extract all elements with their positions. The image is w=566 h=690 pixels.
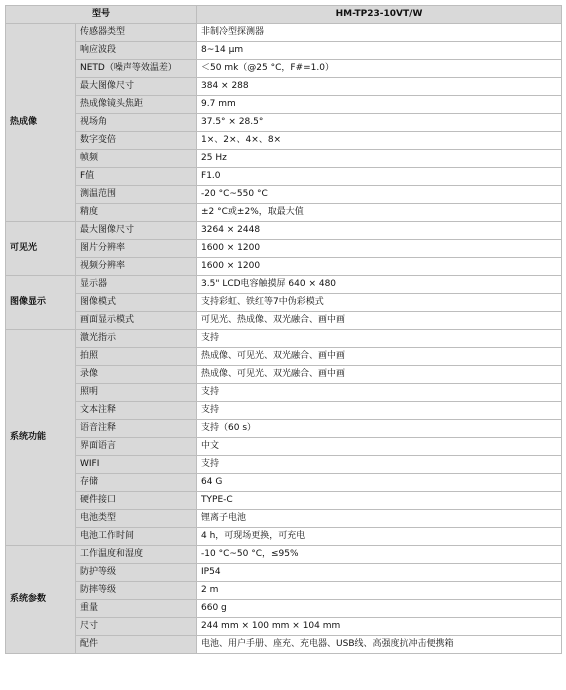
table-row: 电池工作时间4 h，可现场更换，可充电 [6,528,562,546]
value-cell: 384 × 288 [197,78,562,96]
param-cell: 热成像镜头焦距 [76,96,197,114]
table-row: 图片分辨率1600 × 1200 [6,240,562,258]
spec-body: 热成像传感器类型非制冷型探测器响应波段8~14 μmNETD（噪声等效温差）＜5… [6,24,562,654]
table-row: 电池类型锂离子电池 [6,510,562,528]
param-cell: 配件 [76,636,197,654]
param-cell: F值 [76,168,197,186]
table-row: 数字变倍1×、2×、4×、8× [6,132,562,150]
value-cell: 4 h，可现场更换，可充电 [197,528,562,546]
value-cell: -10 °C~50 °C，≤95% [197,546,562,564]
table-row: 系统参数工作温度和湿度-10 °C~50 °C，≤95% [6,546,562,564]
value-cell: 1600 × 1200 [197,258,562,276]
param-cell: 帧频 [76,150,197,168]
param-cell: 最大图像尺寸 [76,222,197,240]
value-cell: 非制冷型探测器 [197,24,562,42]
param-cell: 语音注释 [76,420,197,438]
param-cell: 画面显示模式 [76,312,197,330]
table-row: 硬件接口TYPE-C [6,492,562,510]
value-cell: 支持 [197,456,562,474]
value-cell: ＜50 mk（@25 °C，F#=1.0） [197,60,562,78]
param-cell: 激光指示 [76,330,197,348]
category-cell: 可见光 [6,222,76,276]
table-row: 防摔等级2 m [6,582,562,600]
value-cell: ±2 °C或±2%，取最大值 [197,204,562,222]
header-row: 型号 HM-TP23-10VT/W [6,6,562,24]
param-cell: 录像 [76,366,197,384]
param-cell: 响应波段 [76,42,197,60]
value-cell: 1600 × 1200 [197,240,562,258]
value-cell: 可见光、热成像、双光融合、画中画 [197,312,562,330]
table-row: 系统功能激光指示支持 [6,330,562,348]
param-cell: 工作温度和湿度 [76,546,197,564]
param-cell: 电池类型 [76,510,197,528]
param-cell: 显示器 [76,276,197,294]
param-cell: 重量 [76,600,197,618]
spec-table: 型号 HM-TP23-10VT/W 热成像传感器类型非制冷型探测器响应波段8~1… [5,5,562,654]
param-cell: 拍照 [76,348,197,366]
value-cell: -20 °C~550 °C [197,186,562,204]
param-cell: 界面语言 [76,438,197,456]
param-cell: 数字变倍 [76,132,197,150]
value-cell: 2 m [197,582,562,600]
table-row: 视频分辨率1600 × 1200 [6,258,562,276]
param-cell: 尺寸 [76,618,197,636]
table-row: 画面显示模式可见光、热成像、双光融合、画中画 [6,312,562,330]
value-cell: 8~14 μm [197,42,562,60]
value-cell: 37.5° × 28.5° [197,114,562,132]
table-row: F值F1.0 [6,168,562,186]
table-row: 配件电池、用户手册、座充、充电器、USB线、高强度抗冲击便携箱 [6,636,562,654]
param-cell: 图像模式 [76,294,197,312]
table-row: 精度±2 °C或±2%，取最大值 [6,204,562,222]
param-cell: 电池工作时间 [76,528,197,546]
param-cell: 硬件接口 [76,492,197,510]
table-row: 视场角37.5° × 28.5° [6,114,562,132]
category-cell: 系统参数 [6,546,76,654]
value-cell: 1×、2×、4×、8× [197,132,562,150]
value-cell: F1.0 [197,168,562,186]
category-cell: 系统功能 [6,330,76,546]
table-row: 尺寸244 mm × 100 mm × 104 mm [6,618,562,636]
table-row: 图像显示显示器3.5" LCD电容触摸屏 640 × 480 [6,276,562,294]
value-cell: 中文 [197,438,562,456]
value-cell: 660 g [197,600,562,618]
header-model: HM-TP23-10VT/W [197,6,562,24]
param-cell: 最大图像尺寸 [76,78,197,96]
value-cell: 支持 [197,402,562,420]
value-cell: 锂离子电池 [197,510,562,528]
param-cell: 照明 [76,384,197,402]
table-row: 照明支持 [6,384,562,402]
value-cell: IP54 [197,564,562,582]
value-cell: 25 Hz [197,150,562,168]
table-row: 最大图像尺寸384 × 288 [6,78,562,96]
table-row: 热成像镜头焦距9.7 mm [6,96,562,114]
value-cell: 64 G [197,474,562,492]
table-row: 存储64 G [6,474,562,492]
value-cell: 3264 × 2448 [197,222,562,240]
table-row: WIFI支持 [6,456,562,474]
table-row: 帧频25 Hz [6,150,562,168]
param-cell: 存储 [76,474,197,492]
param-cell: 视场角 [76,114,197,132]
param-cell: 文本注释 [76,402,197,420]
value-cell: 支持彩虹、铁红等7中伪彩模式 [197,294,562,312]
param-cell: 视频分辨率 [76,258,197,276]
table-row: 热成像传感器类型非制冷型探测器 [6,24,562,42]
param-cell: WIFI [76,456,197,474]
value-cell: 电池、用户手册、座充、充电器、USB线、高强度抗冲击便携箱 [197,636,562,654]
category-cell: 热成像 [6,24,76,222]
table-row: 语音注释支持（60 s） [6,420,562,438]
value-cell: 支持（60 s） [197,420,562,438]
table-row: 拍照热成像、可见光、双光融合、画中画 [6,348,562,366]
value-cell: 3.5" LCD电容触摸屏 640 × 480 [197,276,562,294]
value-cell: 支持 [197,384,562,402]
param-cell: 防护等级 [76,564,197,582]
table-row: NETD（噪声等效温差）＜50 mk（@25 °C，F#=1.0） [6,60,562,78]
value-cell: 244 mm × 100 mm × 104 mm [197,618,562,636]
table-row: 文本注释支持 [6,402,562,420]
value-cell: TYPE-C [197,492,562,510]
param-cell: 传感器类型 [76,24,197,42]
value-cell: 9.7 mm [197,96,562,114]
param-cell: 防摔等级 [76,582,197,600]
param-cell: 测温范围 [76,186,197,204]
param-cell: NETD（噪声等效温差） [76,60,197,78]
table-row: 重量660 g [6,600,562,618]
table-row: 测温范围-20 °C~550 °C [6,186,562,204]
table-row: 可见光最大图像尺寸3264 × 2448 [6,222,562,240]
table-row: 界面语言中文 [6,438,562,456]
param-cell: 精度 [76,204,197,222]
header-label: 型号 [6,6,197,24]
param-cell: 图片分辨率 [76,240,197,258]
value-cell: 热成像、可见光、双光融合、画中画 [197,366,562,384]
table-row: 图像模式支持彩虹、铁红等7中伪彩模式 [6,294,562,312]
value-cell: 热成像、可见光、双光融合、画中画 [197,348,562,366]
value-cell: 支持 [197,330,562,348]
category-cell: 图像显示 [6,276,76,330]
table-row: 防护等级IP54 [6,564,562,582]
table-row: 录像热成像、可见光、双光融合、画中画 [6,366,562,384]
table-row: 响应波段8~14 μm [6,42,562,60]
